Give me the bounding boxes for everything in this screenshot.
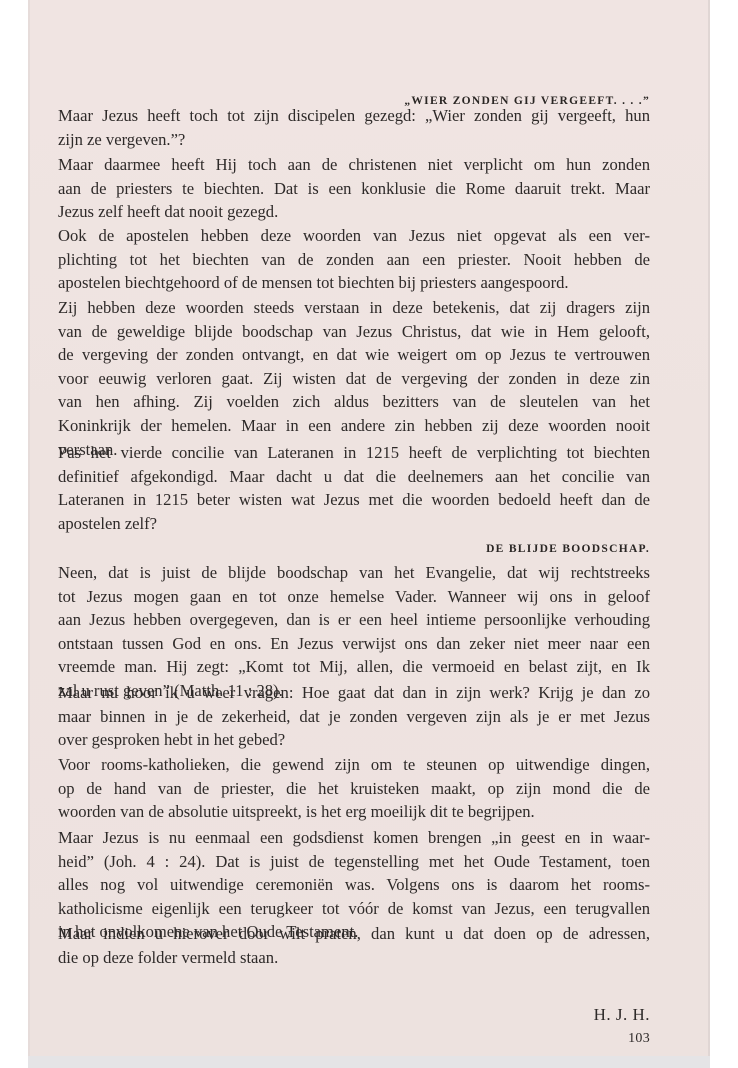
text-line: Zij hebben deze woorden steeds verstaan … — [58, 296, 650, 320]
section-heading-blijde-boodschap: DE BLIJDE BOODSCHAP. — [486, 538, 650, 562]
text-line: Voor rooms-katholieken, die gewend zijn … — [58, 753, 650, 777]
paragraph: Pas het vierde concilie van Lateranen in… — [58, 441, 650, 535]
text-line: Maar indien u hierover door wilt praten,… — [58, 922, 650, 946]
text-line: vreemde man. Hij zegt: „Komt tot Mij, al… — [58, 655, 650, 679]
text-line: Koninkrijk der hemelen. Maar in een ande… — [58, 414, 650, 438]
text-line: Jezus zelf heeft dat nooit gezegd. — [58, 200, 650, 224]
text-line: ontstaan tussen God en ons. En Jezus ver… — [58, 632, 650, 656]
paragraph: Ook de apostelen hebben deze woorden van… — [58, 224, 650, 295]
paragraph: Maar Jezus heeft toch tot zijn discipele… — [58, 104, 650, 151]
text-line: voor eeuwig verloren gaat. Zij wisten da… — [58, 367, 650, 391]
text-line: apostelen biechtgehoord of de mensen tot… — [58, 271, 650, 295]
paragraph: Maar indien u hierover door wilt praten,… — [58, 922, 650, 969]
paragraph: Voor rooms-katholieken, die gewend zijn … — [58, 753, 650, 824]
text-line: maar binnen in je de zekerheid, dat je z… — [58, 705, 650, 729]
page-number: 103 — [628, 1027, 650, 1051]
author-signature: H. J. H. — [594, 1003, 650, 1027]
text-line: Ook de apostelen hebben deze woorden van… — [58, 224, 650, 248]
text-line: Pas het vierde concilie van Lateranen in… — [58, 441, 650, 465]
text-line: van hen afhing. Zij voelden zich aldus b… — [58, 390, 650, 414]
text-line: aan de priesters te biechten. Dat is een… — [58, 177, 650, 201]
text-line: tot Jezus mogen gaan en tot onze hemelse… — [58, 585, 650, 609]
text-line: Maar nu hoor ik u weer vragen: Hoe gaat … — [58, 681, 650, 705]
text-line: alles nog vol uitwendige ceremoniën was.… — [58, 873, 650, 897]
paragraph: Maar daarmee heeft Hij toch aan de chris… — [58, 153, 650, 224]
text-line: zijn ze vergeven.”? — [58, 128, 650, 152]
text-line: katholicisme eigenlijk een terugkeer tot… — [58, 897, 650, 921]
text-line: aan Jezus hebben overgegeven, dan is er … — [58, 608, 650, 632]
text-line: plichting tot het biechten van de zonden… — [58, 248, 650, 272]
text-line: heid” (Joh. 4 : 24). Dat is juist de teg… — [58, 850, 650, 874]
text-line: Maar daarmee heeft Hij toch aan de chris… — [58, 153, 650, 177]
text-line: op de hand van de priester, die het krui… — [58, 777, 650, 801]
text-line: de vergeving der zonden ontvangt, en dat… — [58, 343, 650, 367]
page-edge — [28, 1056, 710, 1068]
text-line: Maar Jezus is nu eenmaal een godsdienst … — [58, 826, 650, 850]
paragraph: Zij hebben deze woorden steeds verstaan … — [58, 296, 650, 461]
text-line: over gesproken hebt in het gebed? — [58, 728, 650, 752]
paragraph: Maar nu hoor ik u weer vragen: Hoe gaat … — [58, 681, 650, 752]
text-line: Maar Jezus heeft toch tot zijn discipele… — [58, 104, 650, 128]
text-line: Lateranen in 1215 beter wisten wat Jezus… — [58, 488, 650, 512]
text-line: woorden van de absolutie uitspreekt, is … — [58, 800, 650, 824]
text-line: apostelen zelf? — [58, 512, 650, 536]
text-line: definitief afgekondigd. Maar dacht u dat… — [58, 465, 650, 489]
text-line: Neen, dat is juist de blijde boodschap v… — [58, 561, 650, 585]
text-line: die op deze folder vermeld staan. — [58, 946, 650, 970]
text-line: van de geweldige blijde boodschap van Je… — [58, 320, 650, 344]
